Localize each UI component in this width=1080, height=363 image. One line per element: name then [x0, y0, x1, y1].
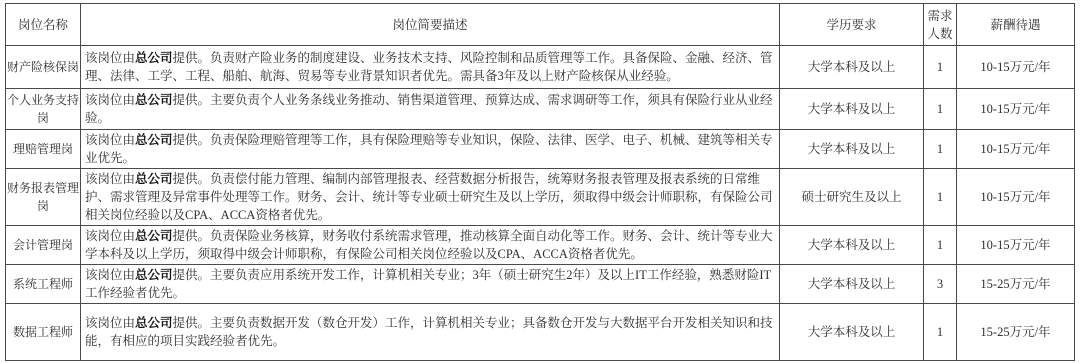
desc-prefix: 该岗位由 [85, 229, 135, 243]
header-job-description: 岗位简要描述 [81, 4, 780, 46]
desc-prefix: 该岗位由 [85, 316, 135, 330]
desc-prefix: 该岗位由 [85, 51, 135, 65]
page: 岗位名称 岗位简要描述 学历要求 需求人数 薪酬待遇 财产险核保岗 该岗位由总公… [0, 0, 1080, 361]
job-positions-table: 岗位名称 岗位简要描述 学历要求 需求人数 薪酬待遇 财产险核保岗 该岗位由总公… [5, 3, 1075, 361]
job-name: 理赔管理岗 [6, 130, 81, 169]
desc-company-bold: 总公司 [135, 268, 173, 282]
salary: 15-25万元/年 [957, 265, 1075, 304]
desc-rest: 提供。主要负责应用系统开发工作，计算机相关专业；3年（硕士研究生2年）及以上IT… [85, 268, 771, 300]
salary: 10-15万元/年 [957, 226, 1075, 265]
desc-company-bold: 总公司 [135, 172, 173, 186]
job-description: 该岗位由总公司提供。负责保险理赔管理等工作，具有保险理赔等专业知识，保险、法律、… [81, 130, 780, 169]
desc-company-bold: 总公司 [135, 51, 173, 65]
desc-rest: 提供。负责财产险业务的制度建设、业务技术支持、风险控制和品质管理等工作。具备保险… [85, 51, 773, 83]
salary: 10-15万元/年 [957, 46, 1075, 89]
job-description: 该岗位由总公司提供。负责财产险业务的制度建设、业务技术支持、风险控制和品质管理等… [81, 46, 780, 89]
job-description: 该岗位由总公司提供。主要负责数据开发（数仓开发）工作，计算机相关专业；具备数仓开… [81, 304, 780, 361]
headcount: 1 [924, 46, 957, 89]
education-requirement: 大学本科及以上 [780, 89, 924, 130]
header-education-requirement: 学历要求 [780, 4, 924, 46]
headcount: 1 [924, 304, 957, 361]
education-requirement: 大学本科及以上 [780, 130, 924, 169]
desc-company-bold: 总公司 [135, 93, 173, 107]
job-name: 系统工程师 [6, 265, 81, 304]
headcount: 1 [924, 169, 957, 226]
desc-company-bold: 总公司 [135, 316, 173, 330]
job-name: 财务报表管理岗 [6, 169, 81, 226]
education-requirement: 大学本科及以上 [780, 226, 924, 265]
job-description: 该岗位由总公司提供。主要负责应用系统开发工作，计算机相关专业；3年（硕士研究生2… [81, 265, 780, 304]
headcount: 1 [924, 226, 957, 265]
education-requirement: 大学本科及以上 [780, 304, 924, 361]
table-row: 系统工程师 该岗位由总公司提供。主要负责应用系统开发工作，计算机相关专业；3年（… [6, 265, 1075, 304]
desc-rest: 提供。负责偿付能力管理、编制内部管理报表、经营数据分析报告，统筹财务报表管理及报… [85, 172, 773, 222]
desc-rest: 提供。负责保险理赔管理等工作，具有保险理赔等专业知识，保险、法律、医学、电子、机… [85, 133, 773, 165]
desc-rest: 提供。主要负责数据开发（数仓开发）工作，计算机相关专业；具备数仓开发与大数据平台… [85, 316, 773, 348]
desc-company-bold: 总公司 [135, 133, 173, 147]
job-description: 该岗位由总公司提供。负责偿付能力管理、编制内部管理报表、经营数据分析报告，统筹财… [81, 169, 780, 226]
headcount: 1 [924, 130, 957, 169]
job-name: 会计管理岗 [6, 226, 81, 265]
headcount: 3 [924, 265, 957, 304]
job-description: 该岗位由总公司提供。负责保险业务核算，财务收付系统需求管理，推动核算全面自动化等… [81, 226, 780, 265]
table-header-row: 岗位名称 岗位简要描述 学历要求 需求人数 薪酬待遇 [6, 4, 1075, 46]
job-name: 财产险核保岗 [6, 46, 81, 89]
headcount: 1 [924, 89, 957, 130]
desc-prefix: 该岗位由 [85, 133, 135, 147]
table-row: 财务报表管理岗 该岗位由总公司提供。负责偿付能力管理、编制内部管理报表、经营数据… [6, 169, 1075, 226]
job-name: 个人业务支持岗 [6, 89, 81, 130]
education-requirement: 大学本科及以上 [780, 46, 924, 89]
salary: 15-25万元/年 [957, 304, 1075, 361]
job-name: 数据工程师 [6, 304, 81, 361]
salary: 10-15万元/年 [957, 130, 1075, 169]
desc-prefix: 该岗位由 [85, 93, 135, 107]
desc-prefix: 该岗位由 [85, 268, 135, 282]
table-row: 数据工程师 该岗位由总公司提供。主要负责数据开发（数仓开发）工作，计算机相关专业… [6, 304, 1075, 361]
table-row: 理赔管理岗 该岗位由总公司提供。负责保险理赔管理等工作，具有保险理赔等专业知识，… [6, 130, 1075, 169]
header-headcount: 需求人数 [924, 4, 957, 46]
job-description: 该岗位由总公司提供。主要负责个人业务条线业务推动、销售渠道管理、预算达成、需求调… [81, 89, 780, 130]
education-requirement: 硕士研究生及以上 [780, 169, 924, 226]
desc-rest: 提供。主要负责个人业务条线业务推动、销售渠道管理、预算达成、需求调研等工作，须具… [85, 93, 773, 125]
desc-prefix: 该岗位由 [85, 172, 135, 186]
header-salary: 薪酬待遇 [957, 4, 1075, 46]
header-job-name: 岗位名称 [6, 4, 81, 46]
salary: 10-15万元/年 [957, 169, 1075, 226]
salary: 10-15万元/年 [957, 89, 1075, 130]
table-row: 会计管理岗 该岗位由总公司提供。负责保险业务核算，财务收付系统需求管理，推动核算… [6, 226, 1075, 265]
desc-rest: 提供。负责保险业务核算，财务收付系统需求管理，推动核算全面自动化等工作。财务、会… [85, 229, 773, 261]
table-row: 财产险核保岗 该岗位由总公司提供。负责财产险业务的制度建设、业务技术支持、风险控… [6, 46, 1075, 89]
education-requirement: 大学本科及以上 [780, 265, 924, 304]
table-row: 个人业务支持岗 该岗位由总公司提供。主要负责个人业务条线业务推动、销售渠道管理、… [6, 89, 1075, 130]
desc-company-bold: 总公司 [135, 229, 173, 243]
